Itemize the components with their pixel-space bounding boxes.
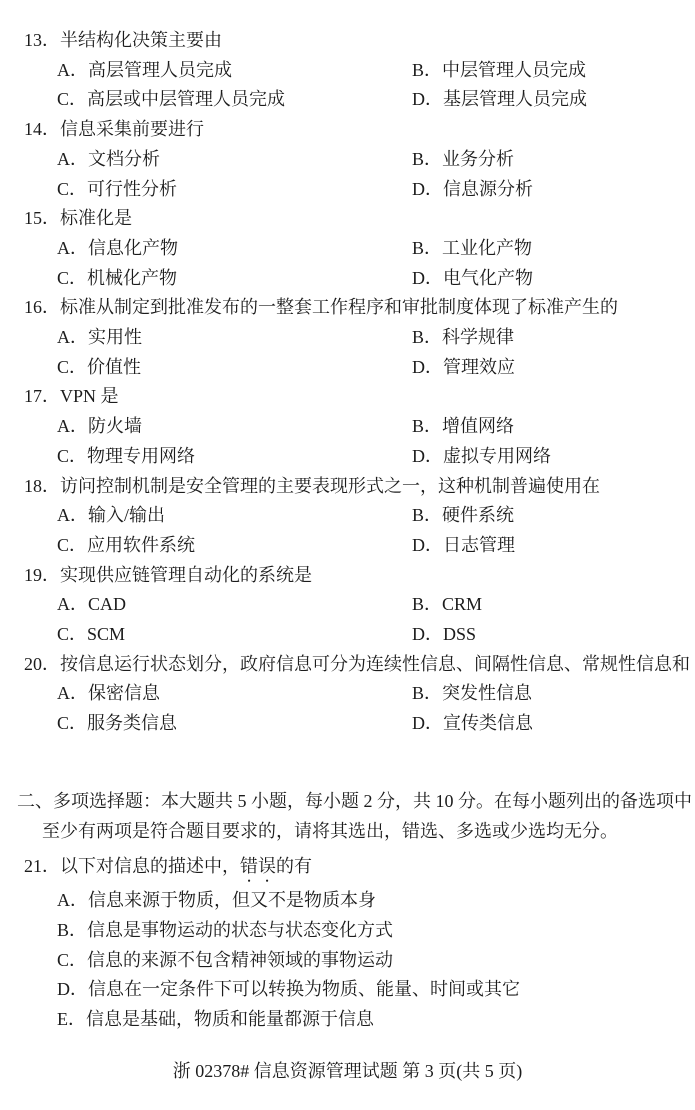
option-d: D．电气化产物	[412, 264, 695, 294]
option-b: B．业务分析	[412, 145, 695, 175]
exam-page: 13． 半结构化决策主要由 A．高层管理人员完成 B．中层管理人员完成 C．高层…	[0, 0, 695, 1087]
question-15: 15． 标准化是 A．信息化产物 B．工业化产物 C．机械化产物 D．电气化产物	[0, 204, 695, 293]
question-stem: 按信息运行状态划分，政府信息可分为连续性信息、间隔性信息、常规性信息和	[60, 650, 695, 680]
question-number: 15．	[24, 204, 60, 234]
question-stem: VPN 是	[60, 382, 695, 412]
section-heading-line2: 至少有两项是符合题目要求的，请将其选出，错选、多选或少选均无分。	[0, 817, 695, 847]
question-13: 13． 半结构化决策主要由 A．高层管理人员完成 B．中层管理人员完成 C．高层…	[0, 26, 695, 115]
option-a: A．CAD	[57, 590, 412, 620]
option-c: C．物理专用网络	[57, 442, 412, 472]
option-b: B．科学规律	[412, 323, 695, 353]
option-a: A．信息来源于物质，但又不是物质本身	[0, 886, 695, 916]
question-14: 14． 信息采集前要进行 A．文档分析 B．业务分析 C．可行性分析 D．信息源…	[0, 115, 695, 204]
option-c: C．SCM	[57, 620, 412, 650]
section-number: 二、	[17, 787, 53, 817]
option-c: C．价值性	[57, 353, 412, 383]
question-stem: 访问控制机制是安全管理的主要表现形式之一，这种机制普遍使用在	[60, 472, 695, 502]
question-20: 20． 按信息运行状态划分，政府信息可分为连续性信息、间隔性信息、常规性信息和 …	[0, 650, 695, 739]
question-18: 18． 访问控制机制是安全管理的主要表现形式之一，这种机制普遍使用在 A．输入/…	[0, 472, 695, 561]
question-16: 16． 标准从制定到批准发布的一整套工作程序和审批制度体现了标准产生的 A．实用…	[0, 293, 695, 382]
option-b: B．CRM	[412, 590, 695, 620]
question-number: 16．	[24, 293, 60, 323]
question-stem: 以下对信息的描述中，错误的有	[60, 852, 695, 886]
option-c: C．服务类信息	[57, 709, 412, 739]
section-2-heading: 二、 多项选择题：本大题共 5 小题，每小题 2 分，共 10 分。在每小题列出…	[0, 787, 695, 846]
option-c: C．应用软件系统	[57, 531, 412, 561]
stem-pre: 以下对信息的描述中，	[60, 856, 240, 876]
question-21: 21． 以下对信息的描述中，错误的有 A．信息来源于物质，但又不是物质本身 B．…	[0, 852, 695, 1035]
question-number: 21．	[24, 852, 60, 886]
option-b: B．中层管理人员完成	[412, 56, 695, 86]
option-e: E．信息是基础，物质和能量都源于信息	[0, 1005, 695, 1035]
question-number: 18．	[24, 472, 60, 502]
option-d: D．管理效应	[412, 353, 695, 383]
option-d: D．DSS	[412, 620, 695, 650]
option-b: B．信息是事物运动的状态与状态变化方式	[0, 916, 695, 946]
question-stem: 标准从制定到批准发布的一整套工作程序和审批制度体现了标准产生的	[60, 293, 695, 323]
question-stem: 半结构化决策主要由	[60, 26, 695, 56]
stem-emphasized-word: 错误	[240, 856, 276, 876]
question-number: 13．	[24, 26, 60, 56]
option-d: D．信息在一定条件下可以转换为物质、能量、时间或其它	[0, 975, 695, 1005]
option-a: A．文档分析	[57, 145, 412, 175]
option-b: B．硬件系统	[412, 501, 695, 531]
option-c: C．可行性分析	[57, 175, 412, 205]
option-a: A．信息化产物	[57, 234, 412, 264]
option-c: C．机械化产物	[57, 264, 412, 294]
question-stem: 实现供应链管理自动化的系统是	[60, 561, 695, 591]
question-stem: 信息采集前要进行	[60, 115, 695, 145]
option-a: A．防火墙	[57, 412, 412, 442]
question-number: 19．	[24, 561, 60, 591]
option-b: B．工业化产物	[412, 234, 695, 264]
question-number: 20．	[24, 650, 60, 680]
option-b: B．增值网络	[412, 412, 695, 442]
section-heading-line1: 多项选择题：本大题共 5 小题，每小题 2 分，共 10 分。在每小题列出的备选…	[53, 787, 692, 817]
option-a: A．实用性	[57, 323, 412, 353]
option-d: D．基层管理人员完成	[412, 85, 695, 115]
option-d: D．日志管理	[412, 531, 695, 561]
page-footer: 浙 02378# 信息资源管理试题 第 3 页(共 5 页)	[0, 1057, 695, 1087]
option-a: A．保密信息	[57, 679, 412, 709]
question-number: 14．	[24, 115, 60, 145]
option-c: C．信息的来源不包含精神领域的事物运动	[0, 946, 695, 976]
option-d: D．宣传类信息	[412, 709, 695, 739]
option-d: D．虚拟专用网络	[412, 442, 695, 472]
stem-post: 的有	[276, 856, 312, 876]
option-a: A．输入/输出	[57, 501, 412, 531]
question-19: 19． 实现供应链管理自动化的系统是 A．CAD B．CRM C．SCM D．D…	[0, 561, 695, 650]
question-17: 17． VPN 是 A．防火墙 B．增值网络 C．物理专用网络 D．虚拟专用网络	[0, 382, 695, 471]
option-d: D．信息源分析	[412, 175, 695, 205]
question-stem: 标准化是	[60, 204, 695, 234]
question-number: 17．	[24, 382, 60, 412]
option-a: A．高层管理人员完成	[57, 56, 412, 86]
option-c: C．高层或中层管理人员完成	[57, 85, 412, 115]
option-b: B．突发性信息	[412, 679, 695, 709]
